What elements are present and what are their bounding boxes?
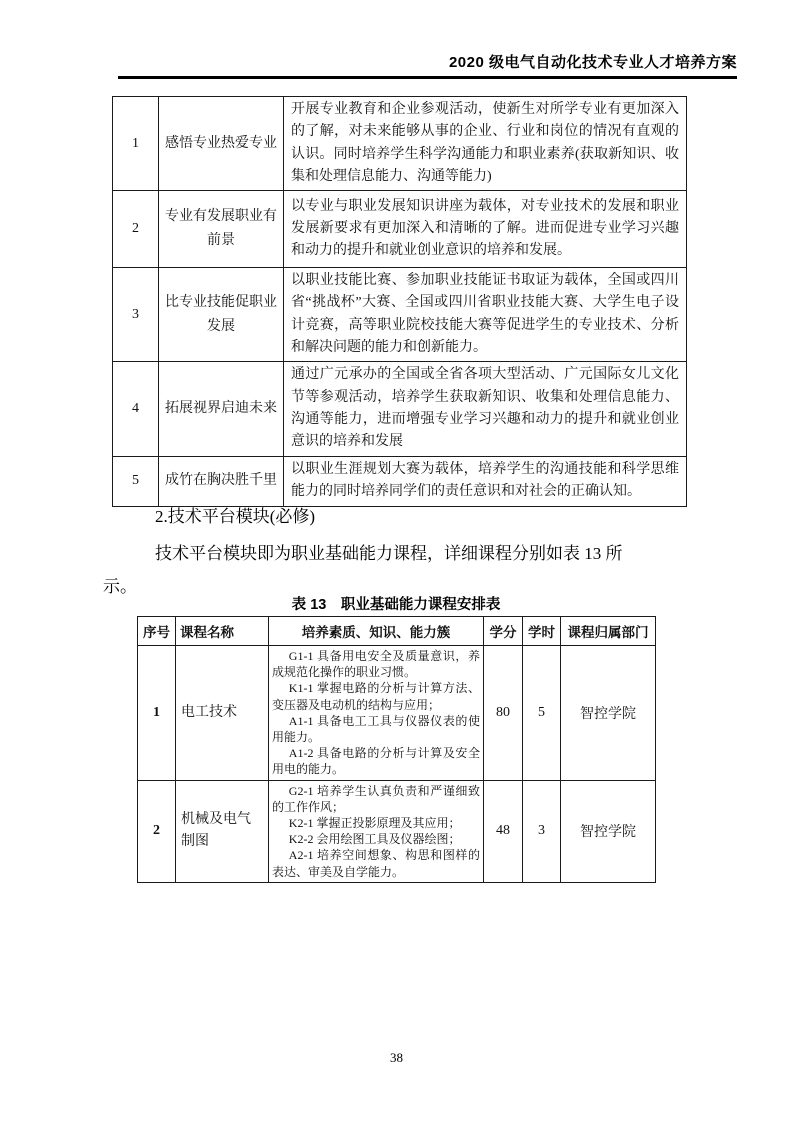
course-number: 2	[138, 780, 176, 882]
competency-item: A2-1 培养空间想象、构思和图样的表达、审美及自学能力。	[272, 847, 480, 879]
course-name: 电工技术	[176, 646, 269, 781]
competency-item: K1-1 掌握电路的分析与计算方法、变压器及电动机的结构与应用；	[272, 680, 480, 712]
activity-row: 4拓展视界启迪未来通过广元承办的全国或全省各项大型活动、广元国际女儿文化节等参观…	[113, 362, 687, 456]
activity-row: 5成竹在胸决胜千里以职业生涯规划大赛为载体，培养学生的沟通技能和科学思维能力的同…	[113, 456, 687, 506]
page-number: 38	[0, 1050, 793, 1066]
course-table-header-row: 序号课程名称培养素质、知识、能力簇学分学时课程归属部门	[138, 617, 656, 646]
course-table-header: 学时	[523, 617, 561, 646]
competency-item: A1-2 具备电路的分析与计算及安全用电的能力。	[272, 745, 480, 777]
course-hours: 3	[523, 780, 561, 882]
competency-item: A1-1 具备电工工具与仪器仪表的使用能力。	[272, 713, 480, 745]
course-row: 2机械及电气制图G2-1 培养学生认真负责和严谨细致的工作作风；K2-1 掌握正…	[138, 780, 656, 882]
competency-item: G1-1 具备用电安全及质量意识，养成规范化操作的职业习惯。	[272, 648, 480, 680]
header-double-rule	[118, 76, 737, 79]
course-name: 机械及电气制图	[176, 780, 269, 882]
activity-title: 成竹在胸决胜千里	[159, 456, 284, 506]
activity-title: 专业有发展职业有前景	[159, 191, 284, 268]
course-department: 智控学院	[561, 780, 656, 882]
course-schedule-table: 序号课程名称培养素质、知识、能力簇学分学时课程归属部门 1电工技术G1-1 具备…	[137, 616, 656, 883]
activity-description: 通过广元承办的全国或全省各项大型活动、广元国际女儿文化节等参观活动，培养学生获取…	[284, 362, 687, 456]
course-credits: 80	[484, 646, 523, 781]
page-header-title: 2020 级电气自动化技术专业人才培养方案	[449, 51, 737, 72]
course-table-header: 课程归属部门	[561, 617, 656, 646]
table13-caption: 表 13 职业基础能力课程安排表	[137, 593, 655, 614]
activity-row: 2专业有发展职业有前景以专业与职业发展知识讲座为载体，对专业技术的发展和职业发展…	[113, 191, 687, 268]
activity-row: 1感悟专业热爱专业开展专业教育和企业参观活动，使新生对所学专业有更加深入的了解，…	[113, 97, 687, 191]
course-number: 1	[138, 646, 176, 781]
competency-item: G2-1 培养学生认真负责和严谨细致的工作作风；	[272, 783, 480, 815]
activity-description: 以职业生涯规划大赛为载体，培养学生的沟通技能和科学思维能力的同时培养同学们的责任…	[284, 456, 687, 506]
course-competency-items: G1-1 具备用电安全及质量意识，养成规范化操作的职业习惯。K1-1 掌握电路的…	[269, 646, 484, 781]
competency-item: K2-2 会用绘图工具及仪器绘图；	[272, 831, 480, 847]
activity-description: 以专业与职业发展知识讲座为载体，对专业技术的发展和职业发展新要求有更加深入和清晰…	[284, 191, 687, 268]
activity-number: 5	[113, 456, 159, 506]
course-competency-items: G2-1 培养学生认真负责和严谨细致的工作作风；K2-1 掌握正投影原理及其应用…	[269, 780, 484, 882]
activity-number: 1	[113, 97, 159, 191]
section-heading: 2.技术平台模块(必修)	[155, 504, 315, 530]
course-row: 1电工技术G1-1 具备用电安全及质量意识，养成规范化操作的职业习惯。K1-1 …	[138, 646, 656, 781]
activity-number: 3	[113, 268, 159, 362]
course-hours: 5	[523, 646, 561, 781]
course-table-header: 序号	[138, 617, 176, 646]
activity-row: 3比专业技能促职业发展以职业技能比赛、参加职业技能证书取证为载体，全国或四川省“…	[113, 268, 687, 362]
course-table-header: 培养素质、知识、能力簇	[269, 617, 484, 646]
activity-title: 感悟专业热爱专业	[159, 97, 284, 191]
activity-number: 2	[113, 191, 159, 268]
quality-activities-table: 1感悟专业热爱专业开展专业教育和企业参观活动，使新生对所学专业有更加深入的了解，…	[112, 96, 687, 507]
course-credits: 48	[484, 780, 523, 882]
course-department: 智控学院	[561, 646, 656, 781]
activity-title: 比专业技能促职业发展	[159, 268, 284, 362]
course-table-header: 课程名称	[176, 617, 269, 646]
competency-item: K2-1 掌握正投影原理及其应用；	[272, 815, 480, 831]
activity-description: 以职业技能比赛、参加职业技能证书取证为载体，全国或四川省“挑战杯”大赛、全国或四…	[284, 268, 687, 362]
course-table-header: 学分	[484, 617, 523, 646]
activity-number: 4	[113, 362, 159, 456]
activity-description: 开展专业教育和企业参观活动，使新生对所学专业有更加深入的了解，对未来能够从事的企…	[284, 97, 687, 191]
activity-title: 拓展视界启迪未来	[159, 362, 284, 456]
document-page: 2020 级电气自动化技术专业人才培养方案 1感悟专业热爱专业开展专业教育和企业…	[0, 0, 793, 1122]
